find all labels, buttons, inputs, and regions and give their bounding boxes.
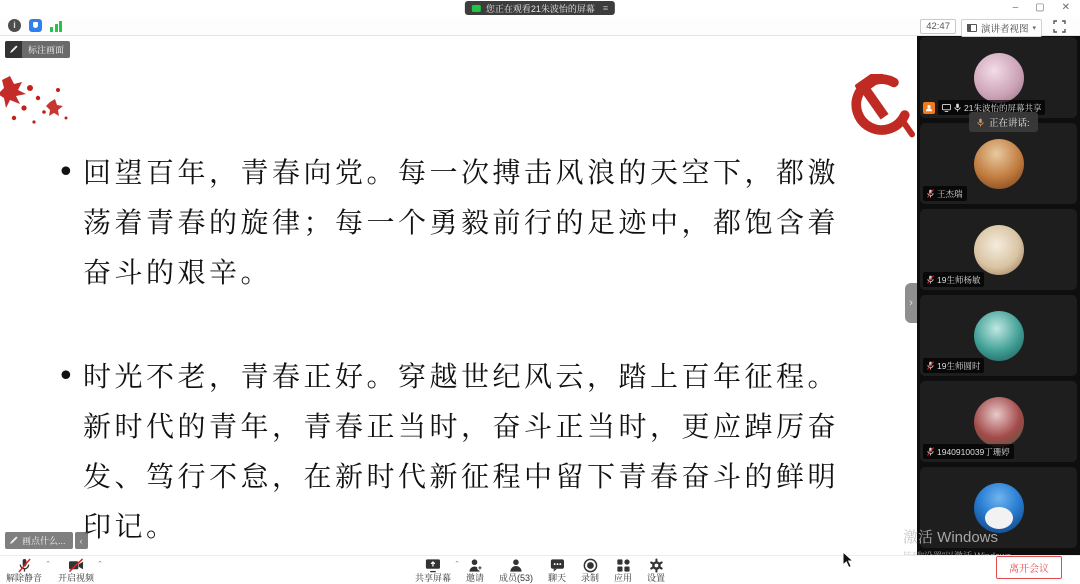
invite-label: 邀请	[466, 573, 484, 583]
invite-button[interactable]: 邀请	[466, 556, 484, 583]
meeting-toolbar: 解除静音 ⌃ 开启视频 ⌃ 共享屏幕 ⌃	[0, 555, 1080, 584]
maximize-button[interactable]: ▢	[1035, 1, 1044, 15]
start-video-button[interactable]: 开启视频 ⌃	[58, 556, 94, 583]
fullscreen-icon	[1053, 20, 1066, 33]
mic-muted-icon	[18, 558, 31, 573]
slide-text-line: 荡着青春的旋律；每一个勇毅前行的足迹中，都饱含着	[83, 206, 839, 239]
video-tile-participant[interactable]: 19生师圆时	[920, 295, 1077, 376]
meeting-statusbar: i 42:47 演讲者视图 ▾	[0, 17, 1080, 36]
annotate-screen-badge[interactable]: 标注画面	[5, 41, 70, 58]
slide-paragraph-1: •回望百年，青春向党。每一次搏击风浪的天空下，都激 荡着青春的旋律；每一个勇毅前…	[57, 148, 867, 298]
tile-label: 1940910039丁珊婷	[937, 446, 1010, 458]
mic-speaking-icon	[977, 118, 984, 127]
watching-screen-pill[interactable]: 您正在观看21朱波怡的屏幕 ≡	[465, 1, 615, 15]
mouse-cursor	[842, 551, 855, 569]
slide-text-line: 回望百年，青春向党。每一次搏击风浪的天空下，都激	[83, 156, 839, 189]
avatar	[974, 139, 1024, 189]
share-screen-label: 共享屏幕	[415, 573, 451, 583]
pill-menu-icon[interactable]: ≡	[603, 3, 608, 13]
now-speaking-label: 正在讲话:	[989, 115, 1030, 129]
settings-label: 设置	[647, 573, 665, 583]
sidebar-collapse-handle[interactable]: ›	[905, 283, 917, 323]
apps-button[interactable]: 应用	[614, 556, 632, 583]
avatar	[974, 483, 1024, 533]
slide-text-line: 奋斗的艰辛。	[83, 256, 272, 289]
slide-paragraph-2: •时光不老，青春正好。穿越世纪风云，踏上百年征程。 新时代的青年，青春正当时，奋…	[57, 352, 867, 552]
window-titlebar: 您正在观看21朱波怡的屏幕 ≡ – ▢ ✕	[0, 0, 1080, 17]
view-mode-label: 演讲者视图	[981, 21, 1029, 35]
leave-meeting-button[interactable]: 离开会议	[996, 556, 1062, 579]
video-options-chevron[interactable]: ⌃	[97, 560, 103, 570]
participants-video-strip: 21朱波怡的屏幕共享 正在讲话: 王杰瑞 19生师杨敏 19生师圆时 19	[917, 36, 1080, 555]
mic-muted-icon	[927, 189, 934, 198]
pencil-icon	[9, 536, 18, 545]
invite-person-icon	[467, 558, 482, 573]
mic-muted-icon	[927, 275, 934, 284]
close-button[interactable]: ✕	[1062, 1, 1070, 15]
bullet-glyph: •	[57, 148, 83, 198]
unmute-label: 解除静音	[6, 573, 42, 583]
share-options-chevron[interactable]: ⌃	[454, 560, 460, 570]
avatar	[974, 311, 1024, 361]
apps-label: 应用	[614, 573, 632, 583]
presenter-icon	[923, 102, 935, 114]
fullscreen-button[interactable]	[1053, 20, 1066, 33]
draw-something-label: 画点什么...	[22, 534, 66, 547]
unmute-button[interactable]: 解除静音 ⌃	[6, 556, 42, 583]
collapse-draw-pill-button[interactable]: ‹	[75, 532, 88, 549]
members-button[interactable]: 成员(53)	[499, 556, 533, 583]
pencil-icon	[5, 41, 22, 58]
chat-icon	[549, 558, 564, 573]
chat-button[interactable]: 聊天	[548, 556, 566, 583]
avatar	[974, 397, 1024, 447]
start-video-label: 开启视频	[58, 573, 94, 583]
view-mode-button[interactable]: 演讲者视图 ▾	[961, 19, 1042, 37]
party-emblem-hammer-sickle	[838, 74, 916, 144]
members-label: 成员(53)	[499, 573, 533, 583]
mic-options-chevron[interactable]: ⌃	[45, 560, 51, 570]
draw-something-pill[interactable]: 画点什么... ‹	[5, 532, 88, 549]
avatar	[974, 225, 1024, 275]
avatar	[974, 53, 1024, 103]
video-tile-participant[interactable]: 王杰瑞	[920, 123, 1077, 204]
meeting-timer: 42:47	[920, 19, 956, 34]
security-shield-icon[interactable]	[29, 19, 42, 32]
tile-label: 王杰瑞	[937, 188, 963, 200]
slide-text-line: 时光不老，青春正好。穿越世纪风云，踏上百年征程。	[83, 360, 839, 393]
slide-text-line: 发、笃行不怠，在新时代新征程中留下青春奋斗的鲜明	[83, 460, 839, 493]
tile-label: 19生师圆时	[937, 360, 980, 372]
window-controls: – ▢ ✕	[1013, 1, 1070, 15]
video-tile-screen-sharer[interactable]: 21朱波怡的屏幕共享	[920, 37, 1077, 118]
layout-icon	[967, 24, 977, 32]
red-ink-splatter-decoration	[0, 74, 72, 136]
video-tile-participant[interactable]: 1940910039丁珊婷	[920, 381, 1077, 462]
mic-on-icon	[954, 103, 961, 112]
record-button[interactable]: 录制	[581, 556, 599, 583]
video-tile-participant[interactable]: 19生师杨敏	[920, 209, 1077, 290]
slide-text-line: 新时代的青年，青春正当时，奋斗正当时，更应踔厉奋	[83, 410, 839, 443]
settings-button[interactable]: 设置	[647, 556, 665, 583]
apps-grid-icon	[616, 558, 631, 573]
share-screen-icon	[425, 558, 441, 573]
shared-screen-slide: 标注画面 •回望百年，青春向党。每一次搏击风浪的天空下，都激 荡着青春的旋律；每…	[0, 36, 917, 555]
tile-label: 19生师杨敏	[937, 274, 980, 286]
mic-muted-icon	[927, 447, 934, 456]
record-label: 录制	[581, 573, 599, 583]
watching-screen-label: 您正在观看21朱波怡的屏幕	[486, 2, 595, 15]
record-icon	[583, 558, 598, 573]
meeting-info-icon[interactable]: i	[8, 19, 21, 32]
chat-label: 聊天	[548, 573, 566, 583]
settings-gear-icon	[649, 558, 664, 573]
annotate-screen-label: 标注画面	[22, 43, 70, 56]
video-tile-participant[interactable]	[920, 467, 1077, 548]
mic-muted-icon	[927, 361, 934, 370]
minimize-button[interactable]: –	[1013, 1, 1019, 15]
caret-down-icon: ▾	[1032, 24, 1036, 32]
now-speaking-tooltip: 正在讲话:	[969, 112, 1038, 132]
members-icon	[509, 558, 523, 573]
share-screen-button[interactable]: 共享屏幕 ⌃	[415, 556, 451, 583]
camera-off-icon	[68, 558, 84, 573]
bullet-glyph: •	[57, 352, 83, 402]
screen-share-active-icon	[472, 5, 481, 12]
slide-text-line: 印记。	[83, 510, 178, 543]
screen-share-icon	[942, 104, 951, 112]
network-signal-icon[interactable]	[50, 20, 62, 32]
